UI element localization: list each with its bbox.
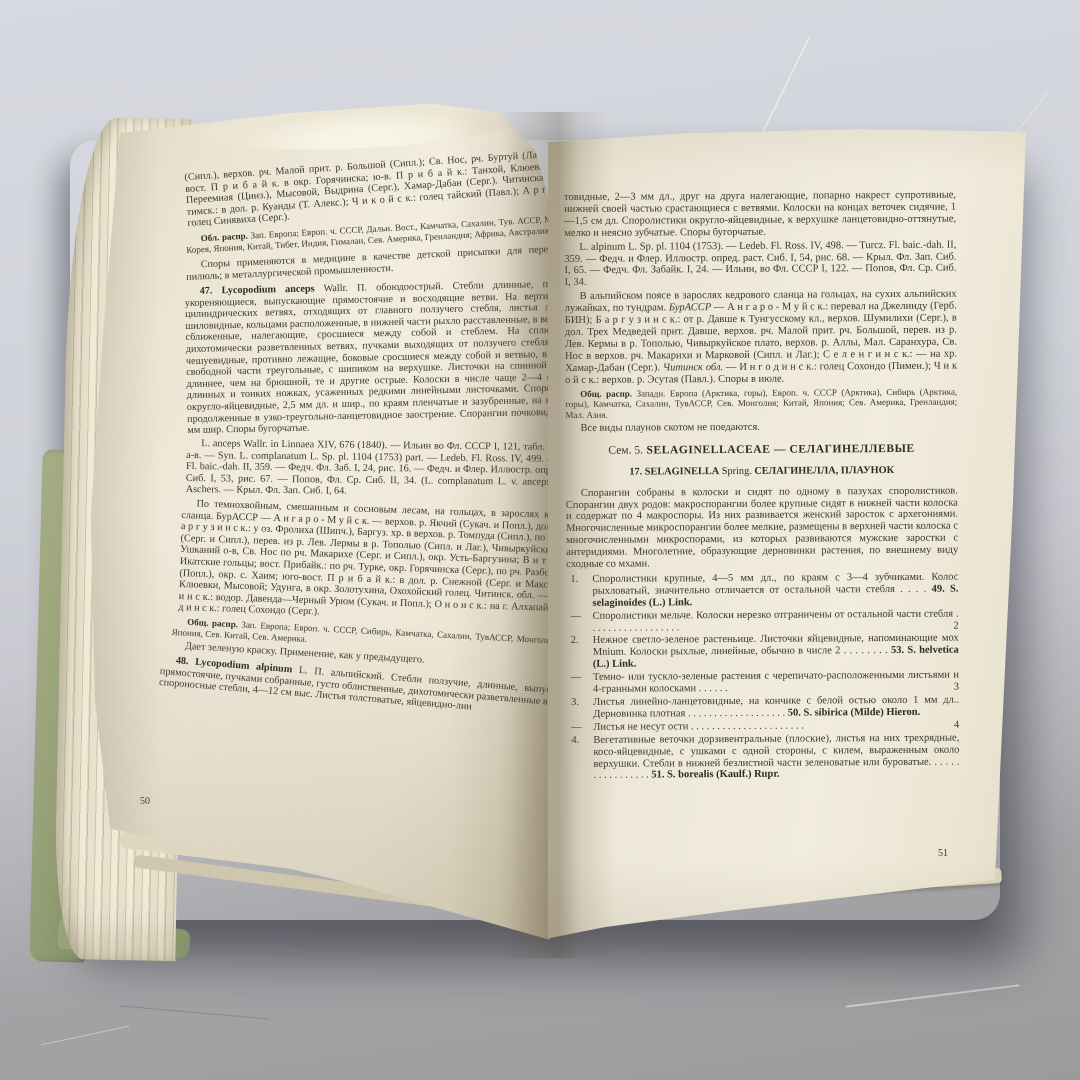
key-item-result: 50. S. sibirica (Milde) Hieron.: [788, 707, 921, 719]
paragraph-grazing-note: Все виды плаунов скотом не поедаются.: [565, 420, 957, 434]
genus-author: Spring.: [719, 466, 754, 477]
key-item: — Споролистики мельче. Колоски нерезко о…: [567, 608, 959, 634]
page-number-left: 50: [140, 796, 150, 807]
paragraph-description-continued: товидные, 2—3 мм дл., друг на друга нале…: [564, 190, 956, 240]
page-curl-highlight: [197, 93, 529, 156]
page-number-right: 51: [938, 848, 948, 859]
left-page-text: (Сипл.), верхов. рч. Малой прит. р. Боль…: [186, 172, 586, 690]
key-item-number: 2.: [571, 635, 579, 647]
left-page: (Сипл.), верхов. рч. Малой прит. р. Боль…: [88, 96, 550, 958]
region-name: Читинск обл.: [663, 362, 723, 373]
body-text: Все виды плаунов скотом не поедаются.: [580, 422, 760, 434]
key-item-number: 3.: [571, 697, 579, 709]
body-text: товидные, 2—3 мм дл., друг на друга нале…: [564, 190, 956, 239]
key-item-ref: 3: [954, 682, 959, 694]
body-text: Wallr. П. обоюдоострый. Стебли длинные, …: [185, 278, 587, 436]
key-item-ref: 2: [953, 620, 958, 632]
paragraph-citation-47: L. anceps Wallr. in Linnaea XIV, 676 (18…: [186, 438, 587, 500]
book: (Сипл.), верхов. рч. Малой прит. р. Боль…: [0, 0, 1080, 1080]
key-item-number: —: [571, 672, 582, 684]
body-text: Спорангии собраны в колоски и сидят по о…: [566, 485, 958, 570]
key-item-number: —: [571, 611, 582, 623]
photo-surface: (Сипл.), верхов. рч. Малой прит. р. Боль…: [0, 0, 1080, 1080]
genus-heading: 17. SELAGINELLA Spring. СЕЛАГИНЕЛЛА, ПЛА…: [566, 464, 958, 478]
body-text: По темнохвойным, смешанным и сосновым ле…: [178, 499, 587, 618]
family-name: SELAGINELLACEAE — СЕЛАГИНЕЛЛЕВЫЕ: [643, 443, 915, 457]
key-item-number: 4.: [571, 735, 579, 747]
paragraph-genus-description: Спорангии собраны в колоски и сидят по о…: [566, 485, 959, 571]
key-item: 3. Листья линейно-ланцетовидные, на конч…: [567, 695, 959, 721]
family-heading: Сем. 5. SELAGINELLACEAE — СЕЛАГИНЕЛЛЕВЫЕ: [566, 443, 958, 457]
genus-number: 17.: [629, 466, 645, 477]
genus-name-latin: SELAGINELLA: [645, 466, 719, 477]
paragraph-habitat-alpinum: В альпийском поясе в зарослях кедрового …: [565, 289, 958, 387]
key-item: 4. Вегетативные веточки дорзивентральные…: [567, 732, 959, 782]
key-item-text: Споролистики мельче. Колоски нерезко отг…: [593, 608, 959, 633]
key-item: 2. Нежное светло-зеленое растеньице. Лис…: [567, 633, 959, 671]
key-item: — Листья не несут ости . . . . . . . . .…: [567, 719, 959, 733]
region-name: БурАССР: [669, 302, 711, 313]
key-item-result: 51. S. borealis (Kaulf.) Rupr.: [651, 769, 779, 781]
key-item-number: —: [571, 722, 582, 734]
family-number: Сем. 5.: [608, 444, 643, 456]
right-page-text: товидные, 2—3 мм дл., друг на друга нале…: [564, 190, 960, 784]
right-page: товидные, 2—3 мм дл., друг на друга нале…: [548, 126, 1026, 940]
paragraph-general-distribution-alpinum: Общ. распр. Западн. Европа (Арктика, гор…: [565, 386, 957, 421]
paragraph-citation-alpinum: L. alpinum L. Sp. pl. 1104 (1753). — Led…: [564, 239, 956, 289]
body-text: L. anceps Wallr. in Linnaea XIV, 676 (18…: [186, 439, 587, 498]
key-item-text: Листья не несут ости . . . . . . . . . .…: [593, 720, 804, 732]
body-text: L. alpinum L. Sp. pl. 1104 (1753). — Led…: [564, 239, 956, 288]
distribution-label: Общ. распр.: [580, 388, 632, 398]
key-item: — Темно- или тускло-зеленые растения с ч…: [567, 670, 959, 696]
paragraph-habitat-47: По темнохвойным, смешанным и сосновым ле…: [178, 498, 587, 627]
key-item-text: Темно- или тускло-зеленые растения с чер…: [593, 670, 959, 695]
key-item-text: Споролистики крупные, 4—5 мм дл., по кра…: [592, 572, 958, 597]
genus-name-russian: СЕЛАГИНЕЛЛА, ПЛАУНОК: [754, 465, 894, 477]
key-item: 1. Споролистики крупные, 4—5 мм дл., по …: [566, 572, 958, 610]
dichotomous-key: 1. Споролистики крупные, 4—5 мм дл., по …: [566, 572, 959, 783]
paragraph-species-47: 47. Lycopodium anceps Wallr. П. обоюдоос…: [185, 278, 588, 436]
key-item-ref: 4: [954, 719, 959, 731]
key-item-number: 1.: [570, 574, 578, 586]
